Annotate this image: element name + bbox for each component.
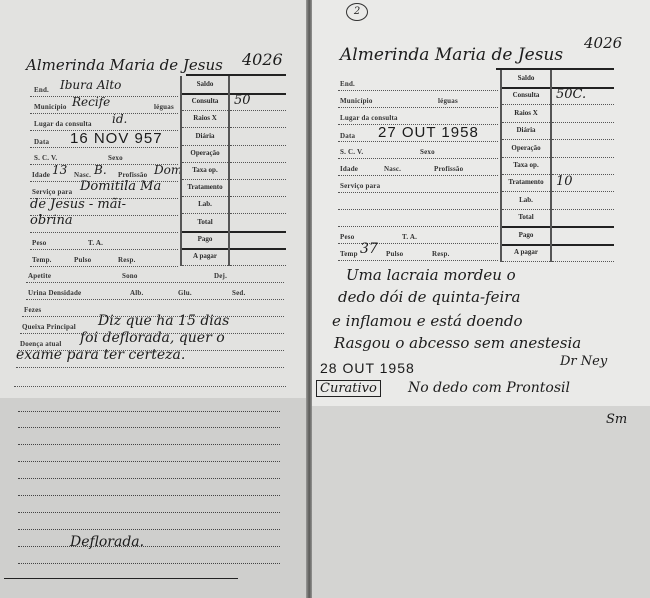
billing-label-4: Operação: [182, 145, 228, 163]
billing-label-9: Pago: [182, 231, 228, 250]
billing-label-6: Tratamento: [502, 174, 550, 192]
billing-label-7: Lab.: [182, 196, 228, 214]
municipio-row: Município Recife léguas: [30, 97, 178, 114]
billing-labels: SaldoConsultaRaios XDiáriaOperaçãoTaxa o…: [180, 76, 230, 266]
page-marker: 2: [346, 3, 368, 21]
apetite-row: Apetite Sono Dej.: [26, 266, 284, 283]
billing-label-6: Tratamento: [182, 179, 228, 197]
billing-label-5: Taxa op.: [502, 157, 550, 175]
billing-label-0: Saldo: [502, 70, 550, 89]
idade-row: Idade Nasc. Profissão: [338, 159, 498, 176]
record-number: 4026: [584, 34, 622, 52]
billing-value-10: [230, 248, 286, 266]
billing-label-10: A pagar: [502, 244, 550, 262]
billing-values: 50C.10: [552, 70, 614, 262]
billing-label-3: Diária: [182, 128, 228, 146]
record-number: 4026: [242, 50, 283, 69]
curativo-note: No dedo com Prontosil: [408, 380, 570, 396]
billing-value-4: [552, 140, 614, 158]
billing-label-3: Diária: [502, 122, 550, 140]
billing-value-9: [552, 227, 614, 246]
billing-value-3: [552, 122, 614, 140]
lugar-row: Lugar da consulta id.: [30, 114, 178, 131]
right-card-back: Sm: [312, 406, 650, 598]
patient-name: Almerinda Maria de Jesus: [26, 56, 223, 74]
billing-label-5: Taxa op.: [182, 162, 228, 180]
billing-value-9: [230, 231, 286, 250]
clinical-note-line-2: dedo dói de quinta-feira: [338, 288, 520, 306]
peso-row: Peso T. A.: [30, 233, 178, 250]
billing-value-6: 10: [552, 174, 614, 192]
billing-value-1: 50C.: [552, 87, 614, 105]
billing-value-1: 50: [230, 93, 286, 111]
billing-value-4: [230, 145, 286, 163]
date-stamp: 16 NOV 957: [70, 130, 163, 147]
curativo-stamp: Curativo: [316, 380, 381, 397]
billing-label-1: Consulta: [502, 87, 550, 105]
billing-label-7: Lab.: [502, 192, 550, 210]
billing-value-10: [552, 244, 614, 262]
billing-labels: SaldoConsultaRaios XDiáriaOperaçãoTaxa o…: [500, 70, 552, 262]
billing-label-9: Pago: [502, 227, 550, 246]
billing-value-2: [230, 110, 286, 128]
date-stamp: 27 OUT 1958: [378, 124, 479, 141]
billing-value-6: [230, 179, 286, 197]
billing-values: 50: [230, 76, 286, 266]
billing-value-3: [230, 128, 286, 146]
second-date-stamp: 28 OUT 1958: [320, 360, 415, 376]
billing-label-0: Saldo: [182, 76, 228, 95]
urina-row: Urina Densidade Alb. Glu. Sed.: [26, 283, 284, 300]
billing-label-4: Operação: [502, 140, 550, 158]
billing-value-5: [552, 157, 614, 175]
initials: Sm: [606, 412, 627, 427]
clinical-note-line-3: e inflamou e está doendo: [332, 312, 523, 330]
billing-label-8: Total: [182, 214, 228, 233]
data-row: Data 16 NOV 957: [30, 131, 178, 148]
billing-value-0: [230, 76, 286, 95]
clinical-note-line-4: Rasgou o abcesso sem anestesia: [334, 334, 581, 352]
patient-name: Almerinda Maria de Jesus: [340, 45, 563, 65]
divider: [14, 386, 286, 387]
bottom-note: Deflorada.: [70, 534, 144, 550]
temp-row: Temp 37 Pulso Resp.: [338, 244, 498, 261]
servico-row: Serviço para: [338, 176, 498, 193]
end-row: End.: [338, 74, 498, 91]
billing-label-1: Consulta: [182, 93, 228, 111]
scv-row: S. C. V. Sexo: [338, 142, 498, 159]
underline: [4, 578, 238, 579]
doenca-row-2: exame para ter certeza.: [16, 351, 284, 368]
signature: Dr Ney: [560, 354, 607, 369]
lugar-row: Lugar da consulta: [338, 108, 498, 125]
servico-row-2: [338, 193, 498, 210]
billing-value-0: [552, 70, 614, 89]
billing-label-2: Raios X: [502, 105, 550, 123]
left-card-front: Almerinda Maria de Jesus 4026 End. Ibura…: [0, 0, 308, 398]
temp-row: Temp. Pulso Resp.: [30, 250, 178, 267]
billing-label-10: A pagar: [182, 248, 228, 266]
billing-value-2: [552, 105, 614, 123]
billing-value-7: [230, 196, 286, 214]
left-card-back: Deflorada.: [0, 398, 308, 598]
data-row: Data 27 OUT 1958: [338, 125, 498, 142]
billing-label-8: Total: [502, 209, 550, 228]
billing-value-8: [230, 214, 286, 233]
municipio-row: Município léguas: [338, 91, 498, 108]
clinical-note-line-1: Uma lacraia mordeu o: [346, 266, 516, 284]
servico-row-3: [338, 210, 498, 227]
billing-value-8: [552, 209, 614, 228]
billing-label-2: Raios X: [182, 110, 228, 128]
billing-value-5: [230, 162, 286, 180]
right-card-front: 2 Almerinda Maria de Jesus 4026 End. Mun…: [312, 0, 650, 406]
billing-value-7: [552, 192, 614, 210]
servico-row-3: obrina: [30, 216, 178, 233]
